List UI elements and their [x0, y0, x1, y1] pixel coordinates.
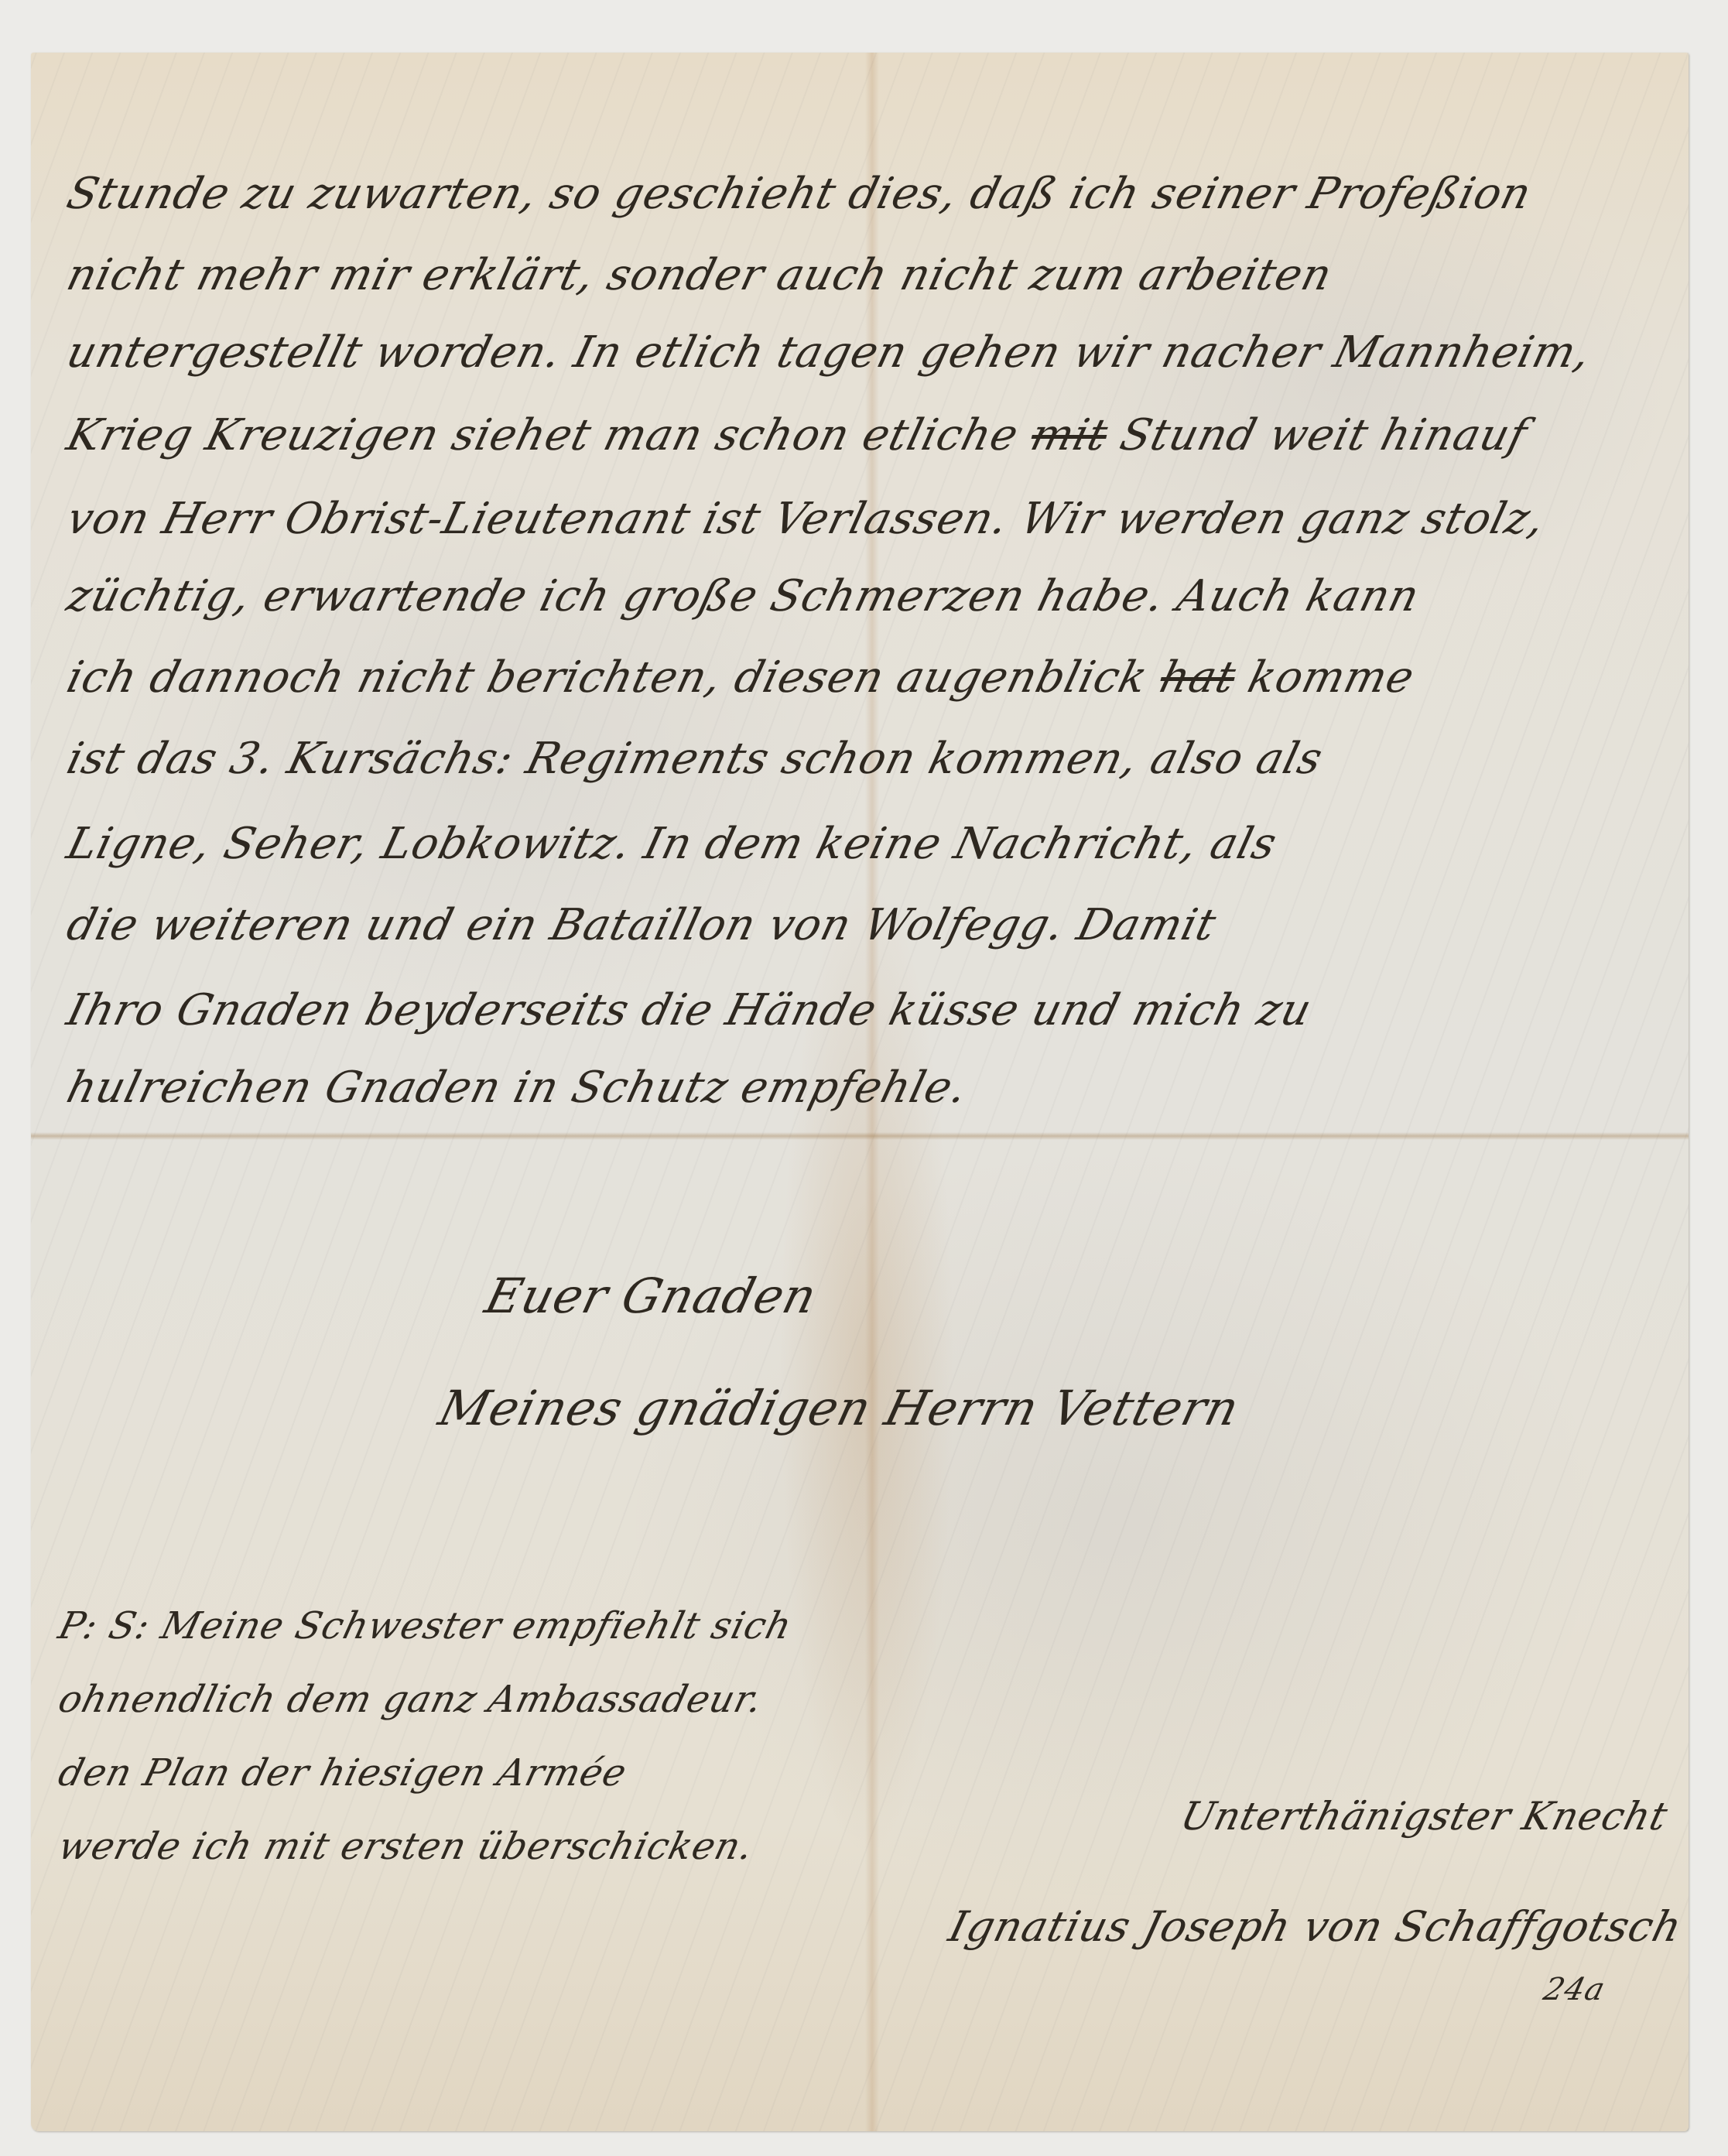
body-line-9: Ligne, Seher, Lobkowitz. In dem keine Na…: [62, 819, 1282, 869]
body-line-7: ich dannoch nicht berichten, diesen auge…: [62, 652, 1419, 703]
closing-addressee: Meines gnädigen Herrn Vettern: [433, 1380, 1245, 1436]
body-line-2: nicht mehr mir erklärt, sonder auch nich…: [62, 250, 1337, 300]
postscript-line-2: ohnendlich dem ganz Ambassadeur.: [54, 1678, 768, 1721]
signature-subscription: Unterthänigster Knecht: [1176, 1794, 1672, 1839]
body-line-3: untergestellt worden. In etlich tagen ge…: [62, 327, 1596, 378]
signature-name: Ignatius Joseph von Schaffgotsch: [944, 1902, 1687, 1951]
body-line-10: die weiteren und ein Bataillon von Wolfe…: [62, 900, 1221, 950]
postscript-line-3: den Plan der hiesigen Armée: [54, 1751, 631, 1795]
postscript-line-1: P: S: Meine Schwester empfiehlt sich: [54, 1604, 796, 1648]
horizontal-fold-crease: [31, 1132, 1689, 1140]
body-line-4-text: Krieg Kreuzigen siehet man schon etliche…: [62, 410, 1532, 460]
body-line-8: ist das 3. Kursächs: Regiments schon kom…: [62, 734, 1328, 784]
postscript-line-4: werde ich mit ersten überschicken.: [54, 1825, 758, 1868]
folio-mark: 24a: [1540, 1972, 1609, 2007]
body-line-11: Ihro Gnaden beyderseits die Hände küsse …: [62, 985, 1317, 1035]
letter-page: Stunde zu zuwarten, so geschieht dies, d…: [31, 53, 1689, 2131]
body-line-4: Krieg Kreuzigen siehet man schon etliche…: [62, 410, 1532, 460]
body-line-6: züchtig, erwartende ich große Schmerzen …: [62, 571, 1425, 621]
body-line-12: hulreichen Gnaden in Schutz empfehle.: [62, 1063, 973, 1113]
body-line-5: von Herr Obrist-Lieutenant ist Verlassen…: [62, 494, 1550, 544]
body-line-1: Stunde zu zuwarten, so geschieht dies, d…: [62, 169, 1537, 219]
closing-salutation: Euer Gnaden: [480, 1268, 823, 1324]
